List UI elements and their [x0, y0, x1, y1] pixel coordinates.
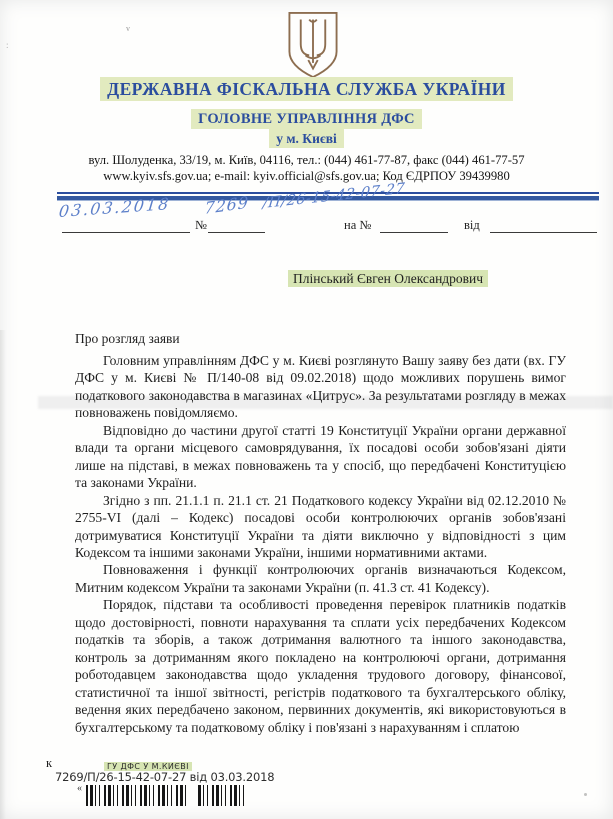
department-title: ГОЛОВНЕ УПРАВЛІННЯ ДФС: [0, 111, 613, 128]
agency-title-text: ДЕРЖАВНА ФІСКАЛЬНА СЛУЖБА УКРАЇНИ: [100, 77, 513, 101]
incoming-number-label: на №: [344, 218, 371, 233]
paragraph: Головним управлінням ДФС у м. Києві розг…: [75, 352, 566, 422]
footer-quote-mark: «: [77, 783, 82, 794]
paragraph: Відповідно до частини другої статті 19 К…: [75, 422, 566, 492]
ukraine-trident-emblem: [280, 8, 346, 82]
paragraph: Згідно з пп. 21.1.1 п. 21.1 ст. 21 Подат…: [75, 492, 566, 562]
letter-body: Головним управлінням ДФС у м. Києві розг…: [75, 352, 566, 736]
subject-line: Про розгляд заяви: [75, 331, 180, 347]
department-title-text: ГОЛОВНЕ УПРАВЛІННЯ ДФС: [191, 109, 422, 129]
handwritten-index: /П/26-15-42-07-27: [262, 181, 406, 212]
number-label: №: [195, 218, 207, 233]
from-date-label: від: [464, 218, 480, 233]
paragraph: Порядок, підстави та особливості проведе…: [75, 596, 566, 736]
emblem: [280, 8, 346, 87]
document-page: v : ДЕРЖАВНА ФІСКАЛЬНА СЛУЖБА УКРАЇНИ ГО…: [0, 0, 613, 819]
agency-title: ДЕРЖАВНА ФІСКАЛЬНА СЛУЖБА УКРАЇНИ: [0, 79, 613, 100]
addressee: Плінський Євген Олександрович: [288, 271, 488, 287]
scan-artifact-mark: :: [6, 40, 9, 50]
scan-artifact-mark: v: [126, 24, 130, 33]
addressee-name: Плінський Євген Олександрович: [288, 270, 488, 287]
scan-artifact-edge: [0, 330, 6, 819]
incoming-blank-line: [380, 231, 448, 233]
date-blank-line: [62, 231, 190, 233]
number-blank-line: [208, 231, 265, 233]
city-line: у м. Києві: [0, 131, 613, 147]
address-line-1: вул. Шолуденка, 33/19, м. Київ, 04116, т…: [0, 153, 613, 168]
margin-note: к: [46, 756, 52, 771]
address-line-2: www.kyiv.sfs.gov.ua; e-mail: kyiv.offici…: [0, 169, 613, 184]
from-blank-line: [490, 231, 597, 233]
barcode: [86, 785, 246, 806]
footer-registration-number: 7269/П/26-15-42-07-27 від 03.03.2018: [55, 770, 274, 784]
paragraph: Повноваження і функції контролюючих орга…: [75, 561, 566, 596]
city-line-text: у м. Києві: [269, 129, 344, 148]
scan-artifact-speck: [584, 793, 587, 796]
